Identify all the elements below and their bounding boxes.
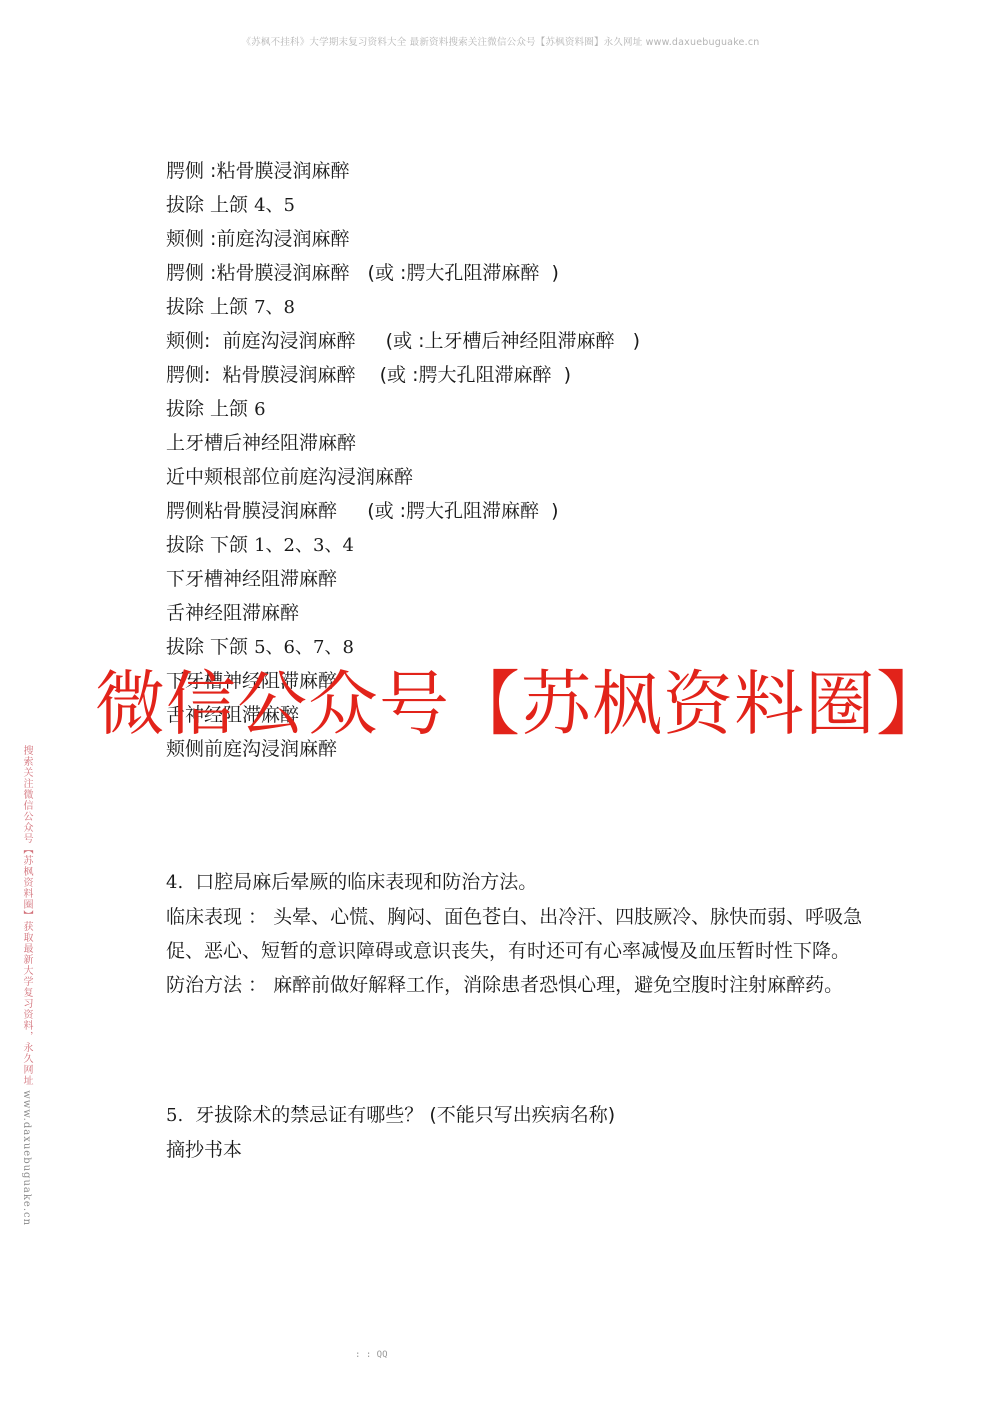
question-4: 4. 口腔局麻后晕厥的临床表现和防治方法。 临床表现 ： 头晕、心慌、胸闷、面色… [166,865,866,1002]
list-line: 拔除 下颌 1、2、3、4 [166,528,886,562]
list-line: 腭侧: 粘骨膜浸润麻醉 (或 :腭大孔阻滞麻醉 ) [166,358,886,392]
list-line: 腭侧粘骨膜浸润麻醉 (或 :腭大孔阻滞麻醉 ) [166,494,886,528]
list-line: 腭侧 :粘骨膜浸润麻醉 [166,154,886,188]
question-4-title: 4. 口腔局麻后晕厥的临床表现和防治方法。 [166,865,866,900]
list-line: 颊侧 :前庭沟浸润麻醉 [166,222,886,256]
side-note-url: www.daxuebuguake.cn [21,1090,32,1226]
list-line: 腭侧 :粘骨膜浸润麻醉 (或 :腭大孔阻滞麻醉 ) [166,256,886,290]
list-line: 颊侧: 前庭沟浸润麻醉 (或 :上牙槽后神经阻滞麻醉 ) [166,324,886,358]
list-line: 下牙槽神经阻滞麻醉 [166,562,886,596]
list-line: 舌神经阻滞麻醉 [166,596,886,630]
question-4-clinical: 临床表现 ： 头晕、心慌、胸闷、面色苍白、出冷汗、四肢厥冷、脉快而弱、呼吸急促、… [166,900,866,968]
question-5-title: 5. 牙拔除术的禁忌证有哪些？ (不能只写出疾病名称) [166,1098,866,1133]
list-line: 拔除 上颌 4、5 [166,188,886,222]
question-5-answer: 摘抄书本 [166,1133,866,1167]
list-line: 拔除 上颌 6 [166,392,886,426]
page-footer: : : QQ [355,1350,388,1360]
side-note: 搜索关注微信公众号【苏枫资料圈】获取最新大学复习资料，永久网址 www.daxu… [19,745,34,1226]
list-line: 近中颊根部位前庭沟浸润麻醉 [166,460,886,494]
list-line: 拔除 下颌 5、6、7、8 [166,630,886,664]
watermark: 微信公众号【苏枫资料圈】 [95,664,947,744]
question-5: 5. 牙拔除术的禁忌证有哪些？ (不能只写出疾病名称) 摘抄书本 [166,1098,866,1167]
list-line: 上牙槽后神经阻滞麻醉 [166,426,886,460]
question-4-prevention: 防治方法 ： 麻醉前做好解释工作，消除患者恐惧心理，避免空腹时注射麻醉药。 [166,968,866,1002]
list-line: 拔除 上颌 7、8 [166,290,886,324]
header-note: 《苏枫不挂科》大学期末复习资料大全 最新资料搜索关注微信公众号【苏枫资料圈】永久… [0,34,1001,48]
